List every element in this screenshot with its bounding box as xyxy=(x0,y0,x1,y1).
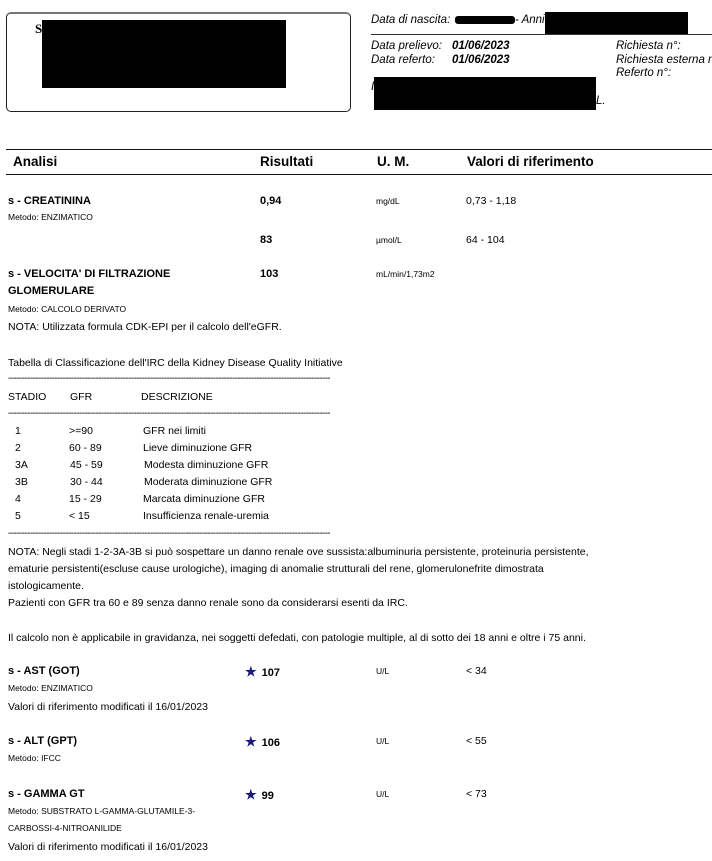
column-um: U. M. xyxy=(377,154,409,169)
classification-stadio: 3B xyxy=(15,476,28,488)
richiesta-label: Richiesta n°: xyxy=(616,40,681,52)
classification-header-gfr: GFR xyxy=(70,391,92,403)
classification-descrizione: Lieve diminuzione GFR xyxy=(143,442,252,454)
note-stadi-line-3: istologicamente. xyxy=(8,580,84,592)
age-label: - Anni xyxy=(515,14,545,26)
classification-stadio: 5 xyxy=(15,510,21,522)
test-method: Metodo: CALCOLO DERIVATO xyxy=(8,304,126,314)
classification-gfr: 45 - 59 xyxy=(70,459,103,471)
classification-gfr: < 15 xyxy=(69,510,90,522)
note-pazienti: Pazienti con GFR tra 60 e 89 senza danno… xyxy=(8,597,408,609)
test-name: s - ALT (GPT) xyxy=(8,735,77,747)
test-note: Valori di riferimento modificati il 16/0… xyxy=(8,701,208,713)
redacted-age xyxy=(545,12,688,34)
lab-line-2-end: L. xyxy=(596,95,606,107)
test-unit: U/L xyxy=(376,789,389,799)
dashed-separator: ----------------------------------------… xyxy=(8,373,330,384)
note-stadi-line-1: NOTA: Negli stadi 1-2-3A-3B si può sospe… xyxy=(8,546,589,558)
test-value: 107 xyxy=(262,667,280,679)
test-value: 99 xyxy=(262,790,274,802)
star-icon: ★ xyxy=(245,664,257,679)
classification-stadio: 4 xyxy=(15,493,21,505)
classification-descrizione: Moderata diminuzione GFR xyxy=(144,476,272,488)
test-name-line-1: s - VELOCITA' DI FILTRAZIONE xyxy=(8,268,170,280)
column-analisi: Analisi xyxy=(13,154,57,169)
column-risultati: Risultati xyxy=(260,154,313,169)
header-divider xyxy=(371,34,712,35)
test-reference: < 73 xyxy=(466,788,487,800)
classification-stadio: 3A xyxy=(15,459,28,471)
column-riferimento: Valori di riferimento xyxy=(467,154,594,169)
classification-descrizione: Insufficienza renale-uremia xyxy=(143,510,269,522)
prelievo-label: Data prelievo: xyxy=(371,40,442,52)
classification-gfr: 60 - 89 xyxy=(69,442,102,454)
note-calcolo: Il calcolo non è applicabile in gravidan… xyxy=(8,632,586,644)
star-icon: ★ xyxy=(245,734,257,749)
test-reference: < 55 xyxy=(466,735,487,747)
star-icon: ★ xyxy=(245,787,257,802)
redacted-patient-details xyxy=(42,20,286,88)
redacted-birth-date xyxy=(455,16,515,24)
classification-descrizione: GFR nei limiti xyxy=(143,425,206,437)
test-alt-unit: µmol/L xyxy=(376,235,402,245)
test-name: s - AST (GOT) xyxy=(8,665,80,677)
test-value: 106 xyxy=(262,737,280,749)
classification-gfr: 30 - 44 xyxy=(70,476,103,488)
test-unit: mg/dL xyxy=(376,196,400,206)
referto-label: Data referto: xyxy=(371,54,435,66)
table-header-bottom-line xyxy=(6,174,712,175)
richiesta-esterna-label: Richiesta esterna n xyxy=(616,54,712,66)
note-stadi-line-2: ematurie persistenti(escluse cause urolo… xyxy=(8,563,544,575)
test-name: s - GAMMA GT xyxy=(8,788,85,800)
test-method: Metodo: ENZIMATICO xyxy=(8,212,93,222)
table-header-top-line xyxy=(6,149,712,150)
classification-stadio: 1 xyxy=(15,425,21,437)
test-alt-value: 83 xyxy=(260,234,272,246)
test-unit: U/L xyxy=(376,736,389,746)
dashed-separator: ----------------------------------------… xyxy=(8,528,330,539)
prelievo-date: 01/06/2023 xyxy=(452,40,510,52)
test-value: 0,94 xyxy=(260,195,281,207)
classification-descrizione: Marcata diminuzione GFR xyxy=(143,493,265,505)
test-value-cell: ★99 xyxy=(245,787,274,803)
test-reference: 0,73 - 1,18 xyxy=(466,195,516,207)
test-method-line-1: Metodo: SUBSTRATO L-GAMMA-GLUTAMILE-3- xyxy=(8,806,195,816)
test-method-line-2: CARBOSSI-4-NITROANILIDE xyxy=(8,823,122,833)
test-method: Metodo: IFCC xyxy=(8,753,61,763)
classification-descrizione: Modesta diminuzione GFR xyxy=(144,459,268,471)
test-unit: mL/min/1,73m2 xyxy=(376,269,435,279)
test-name: s - CREATININA xyxy=(8,195,91,207)
test-note: Valori di riferimento modificati il 16/0… xyxy=(8,841,208,853)
test-value: 103 xyxy=(260,268,278,280)
referto-number-label: Referto n°: xyxy=(616,67,671,79)
test-value-cell: ★106 xyxy=(245,734,280,750)
classification-header-stadio: STADIO xyxy=(8,391,46,403)
redacted-lab-info xyxy=(374,77,596,110)
classification-gfr: 15 - 29 xyxy=(69,493,102,505)
dashed-separator: ----------------------------------------… xyxy=(8,408,330,419)
test-value-cell: ★107 xyxy=(245,664,280,680)
classification-header-descrizione: DESCRIZIONE xyxy=(141,391,213,403)
test-unit: U/L xyxy=(376,666,389,676)
test-name-line-2: GLOMERULARE xyxy=(8,285,94,297)
test-alt-reference: 64 - 104 xyxy=(466,234,505,246)
test-reference: < 34 xyxy=(466,665,487,677)
classification-title: Tabella di Classificazione dell'IRC dell… xyxy=(8,357,343,369)
classification-stadio: 2 xyxy=(15,442,21,454)
test-note: NOTA: Utilizzata formula CDK-EPI per il … xyxy=(8,321,282,333)
referto-date: 01/06/2023 xyxy=(452,54,510,66)
test-method: Metodo: ENZIMATICO xyxy=(8,683,93,693)
birth-date-label: Data di nascita: xyxy=(371,14,450,26)
classification-gfr: >=90 xyxy=(69,425,93,437)
